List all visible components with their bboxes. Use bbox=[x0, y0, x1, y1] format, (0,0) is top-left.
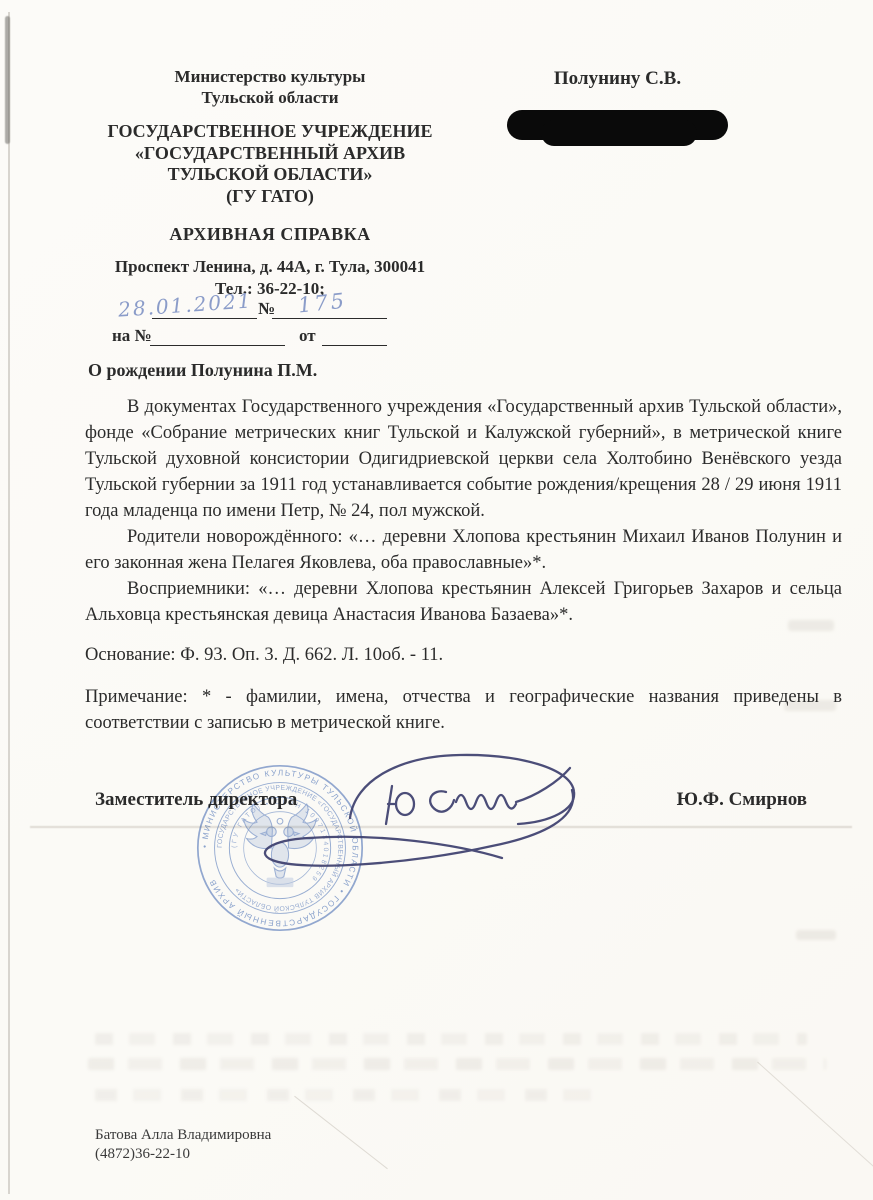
note-line: Примечание: * - фамилии, имена, отчества… bbox=[85, 684, 842, 736]
paper-crease-diagonal bbox=[294, 1096, 388, 1169]
signature-strokes bbox=[250, 740, 610, 890]
archival-certificate-scan: Министерство культуры Тульской области Г… bbox=[0, 0, 873, 1200]
reply-to-label: на № bbox=[112, 326, 152, 346]
ministry-line: Министерство культуры bbox=[70, 66, 470, 87]
letterhead: Министерство культуры Тульской области Г… bbox=[70, 66, 470, 207]
subject-line: О рождении Полунина П.М. bbox=[88, 360, 317, 381]
institution-line: (ГУ ГАТО) bbox=[70, 186, 470, 208]
handwritten-number: 175 bbox=[297, 288, 348, 317]
from-label: от bbox=[299, 326, 316, 346]
address-block: Проспект Ленина, д. 44А, г. Тула, 300041… bbox=[70, 256, 470, 300]
institution-line: ТУЛЬСКОЙ ОБЛАСТИ» bbox=[70, 164, 470, 186]
basis-line: Основание: Ф. 93. Оп. 3. Д. 662. Л. 10об… bbox=[85, 642, 842, 668]
blank-line bbox=[150, 344, 285, 346]
postal-address: Проспект Ленина, д. 44А, г. Тула, 300041 bbox=[70, 256, 470, 278]
bleed-through-text bbox=[95, 1033, 807, 1045]
executor-block: Батова Алла Владимировна (4872)36-22-10 bbox=[95, 1126, 271, 1164]
document-type-title: АРХИВНАЯ СПРАВКА bbox=[70, 224, 470, 245]
handwritten-signature bbox=[250, 740, 610, 890]
institution-line: ГОСУДАРСТВЕННОЕ УЧРЕЖДЕНИЕ bbox=[70, 121, 470, 143]
blank-line bbox=[272, 317, 387, 319]
redacted-text-bar bbox=[507, 110, 728, 140]
scan-edge-line bbox=[8, 12, 10, 1194]
institution-name: ГОСУДАРСТВЕННОЕ УЧРЕЖДЕНИЕ «ГОСУДАРСТВЕН… bbox=[70, 121, 470, 207]
paragraph: Родители новорождённого: «… деревни Хлоп… bbox=[85, 524, 842, 576]
executor-phone: (4872)36-22-10 bbox=[95, 1145, 271, 1164]
number-label: № bbox=[258, 299, 275, 319]
blank-line bbox=[152, 317, 257, 319]
paragraph: В документах Государственного учреждения… bbox=[85, 394, 842, 524]
bleed-through-text bbox=[88, 1058, 826, 1070]
executor-name: Батова Алла Владимировна bbox=[95, 1126, 271, 1145]
blank-line bbox=[322, 344, 387, 346]
ministry-line: Тульской области bbox=[70, 87, 470, 108]
bleed-through-spot bbox=[796, 930, 836, 940]
scan-edge-shadow bbox=[5, 16, 10, 144]
paragraph: Восприемники: «… деревни Хлопова крестья… bbox=[85, 576, 842, 628]
signer-name: Ю.Ф. Смирнов bbox=[677, 789, 807, 811]
institution-line: «ГОСУДАРСТВЕННЫЙ АРХИВ bbox=[70, 143, 470, 165]
bleed-through-text bbox=[95, 1089, 600, 1101]
body-text: В документах Государственного учреждения… bbox=[85, 394, 842, 736]
addressee: Полунину С.В. bbox=[500, 68, 735, 90]
paper-crease-diagonal bbox=[757, 1062, 873, 1180]
ministry-name: Министерство культуры Тульской области bbox=[70, 66, 470, 108]
